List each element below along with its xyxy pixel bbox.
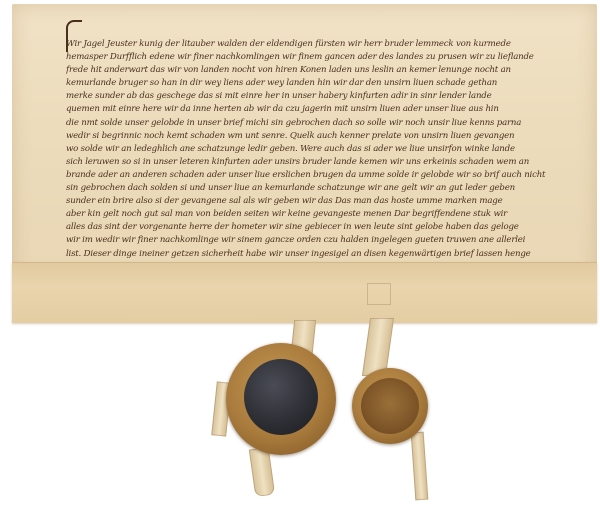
small-seal-impression: [361, 378, 419, 434]
text-line: wir im wedir wir finer nachkomlinge wir …: [66, 234, 556, 247]
large-wax-seal: [226, 343, 336, 455]
seal-tag-large-lower: [249, 447, 275, 497]
text-line: die nmt solde unser gelobde in unser bri…: [66, 117, 556, 130]
text-line: sunder ein brire also si der gevangene s…: [66, 195, 556, 208]
text-line: alles das sint der vorgenante herre der …: [66, 221, 556, 234]
seal-tag-small-lower: [411, 432, 429, 501]
large-seal-impression: [244, 359, 318, 435]
text-line: wedir si begrinnic noch kemt schaden wm …: [66, 130, 556, 143]
plica-fold: [12, 262, 597, 323]
plica-stamp-mark: [367, 283, 391, 305]
charter-text: Wir Jagel Jeuster kunig der litauber wal…: [66, 38, 556, 287]
text-line: wo solde wir an ledeghlich ane schatzung…: [66, 143, 556, 156]
text-line: sin gebrochen dach solden si und unser l…: [66, 182, 556, 195]
text-line: quemen mit einre here wir da inne herten…: [66, 103, 556, 116]
small-wax-seal: [352, 368, 428, 444]
text-line: list. Dieser dinge ineiner getzen sicher…: [66, 248, 556, 261]
text-line: brande ader an anderen schaden ader unse…: [66, 169, 556, 182]
text-line: hemasper Durfflich edene wir finer nachk…: [66, 51, 556, 64]
text-line: sich leruwen so si in unser leteren kinf…: [66, 156, 556, 169]
text-line: aber kin gelt noch gut sal man von beide…: [66, 208, 556, 221]
text-line: Wir Jagel Jeuster kunig der litauber wal…: [66, 38, 556, 51]
text-line: merke sunder ab das geschege das si mit …: [66, 90, 556, 103]
text-line: kemurlande bruger so han in dir wey lien…: [66, 77, 556, 90]
charter-image: Wir Jagel Jeuster kunig der litauber wal…: [0, 0, 600, 519]
text-line: frede hit anderwart das wir von landen n…: [66, 64, 556, 77]
